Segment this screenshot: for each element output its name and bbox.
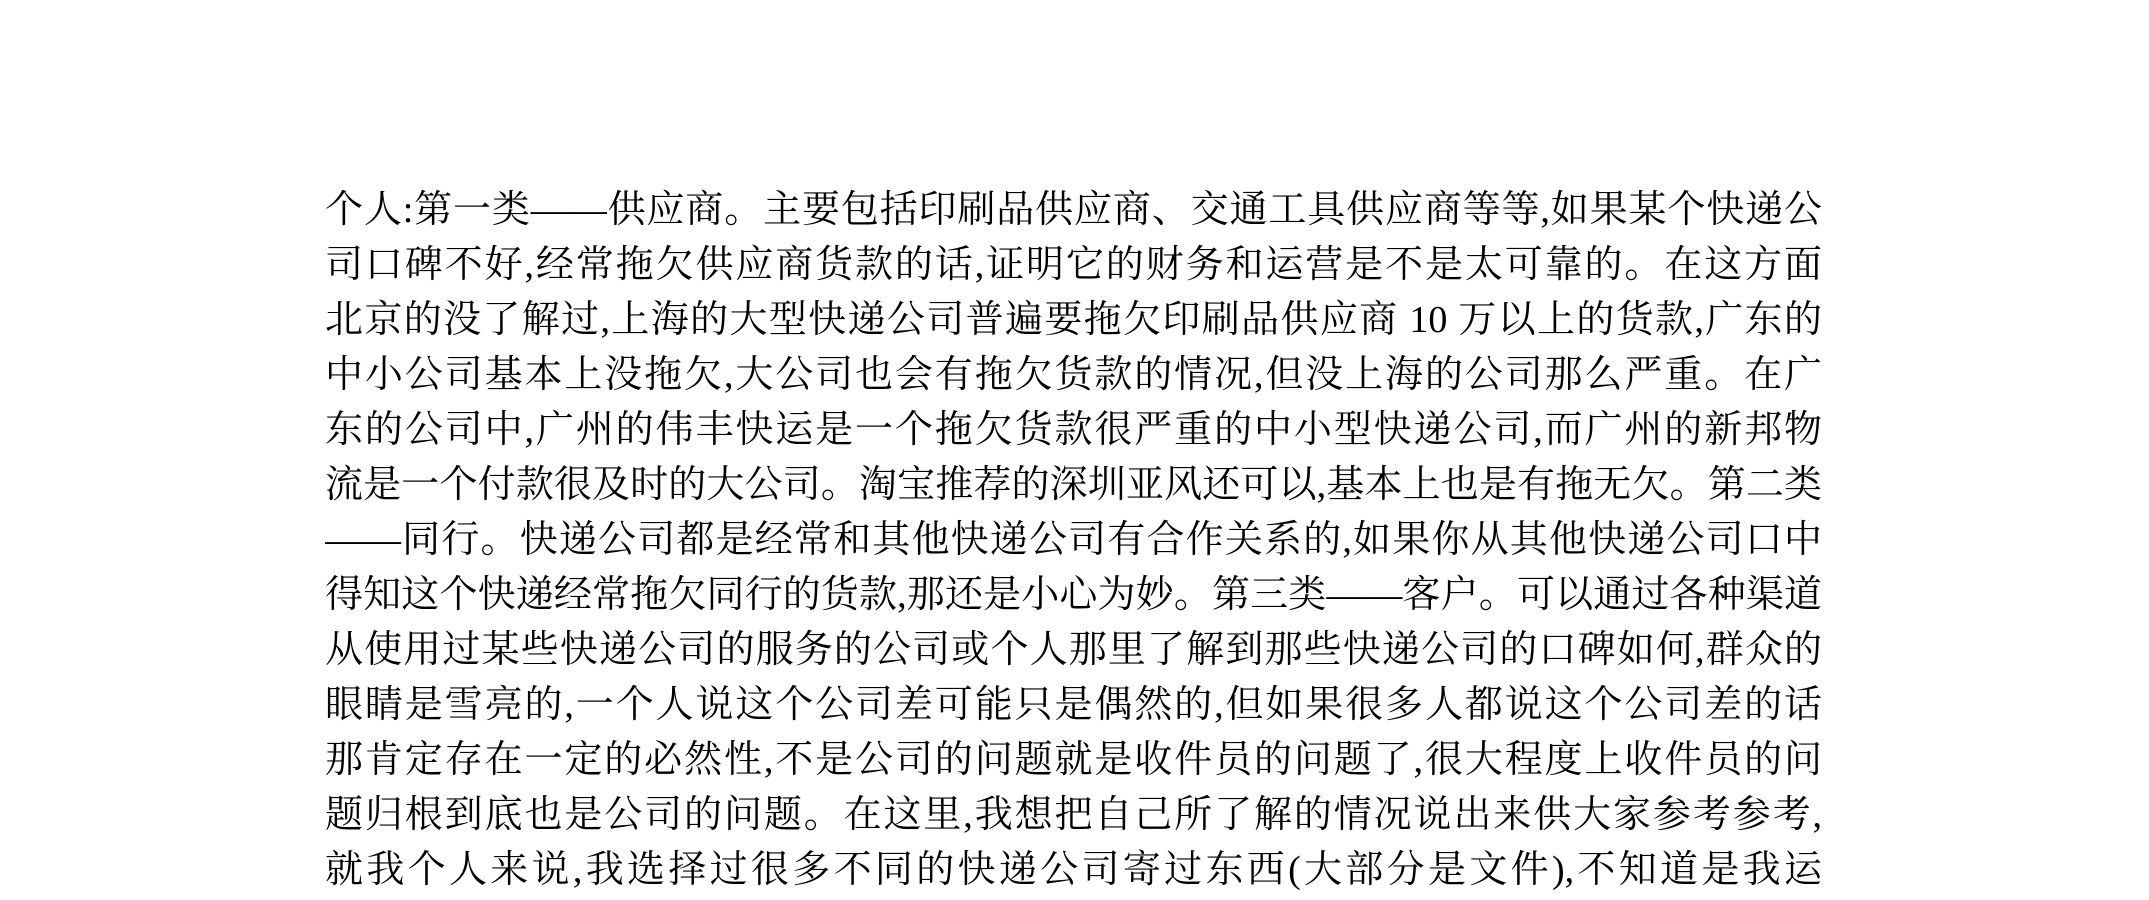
text-line-10: 眼睛是雪亮的,一个人说这个公司差可能只是偶然的,但如果很多人都说这个公司差的话 bbox=[325, 678, 1822, 733]
text-line-5: 东的公司中,广州的伟丰快运是一个拖欠货款很严重的中小型快递公司,而广州的新邦物 bbox=[325, 403, 1822, 458]
text-line-2: 司口碑不好,经常拖欠供应商货款的话,证明它的财务和运营是不是太可靠的。在这方面 bbox=[325, 238, 1822, 293]
text-line-11: 那肯定存在一定的必然性,不是公司的问题就是收件员的问题了,很大程度上收件员的问 bbox=[325, 733, 1822, 788]
text-line-9: 从使用过某些快递公司的服务的公司或个人那里了解到那些快递公司的口碑如何,群众的 bbox=[325, 623, 1822, 678]
text-line-6: 流是一个付款很及时的大公司。淘宝推荐的深圳亚风还可以,基本上也是有拖无欠。第二类 bbox=[325, 458, 1822, 513]
text-line-8: 得知这个快递经常拖欠同行的货款,那还是小心为妙。第三类——客户。可以通过各种渠道 bbox=[325, 568, 1822, 623]
document-page: 个人:第一类——供应商。主要包括印刷品供应商、交通工具供应商等等,如果某个快递公… bbox=[0, 0, 2149, 900]
text-line-12: 题归根到底也是公司的问题。在这里,我想把自己所了解的情况说出来供大家参考参考, bbox=[325, 788, 1822, 843]
text-line-7: ——同行。快递公司都是经常和其他快递公司有合作关系的,如果你从其他快递公司口中 bbox=[325, 513, 1822, 568]
text-line-4: 中小公司基本上没拖欠,大公司也会有拖欠货款的情况,但没上海的公司那么严重。在广 bbox=[325, 348, 1822, 403]
text-line-1: 个人:第一类——供应商。主要包括印刷品供应商、交通工具供应商等等,如果某个快递公 bbox=[325, 183, 1822, 238]
text-line-3: 北京的没了解过,上海的大型快递公司普遍要拖欠印刷品供应商 10 万以上的货款,广… bbox=[325, 293, 1822, 348]
paragraph-block: 个人:第一类——供应商。主要包括印刷品供应商、交通工具供应商等等,如果某个快递公… bbox=[325, 183, 1822, 898]
text-line-13: 就我个人来说,我选择过很多不同的快递公司寄过东西(大部分是文件),不知道是我运 bbox=[325, 843, 1822, 898]
